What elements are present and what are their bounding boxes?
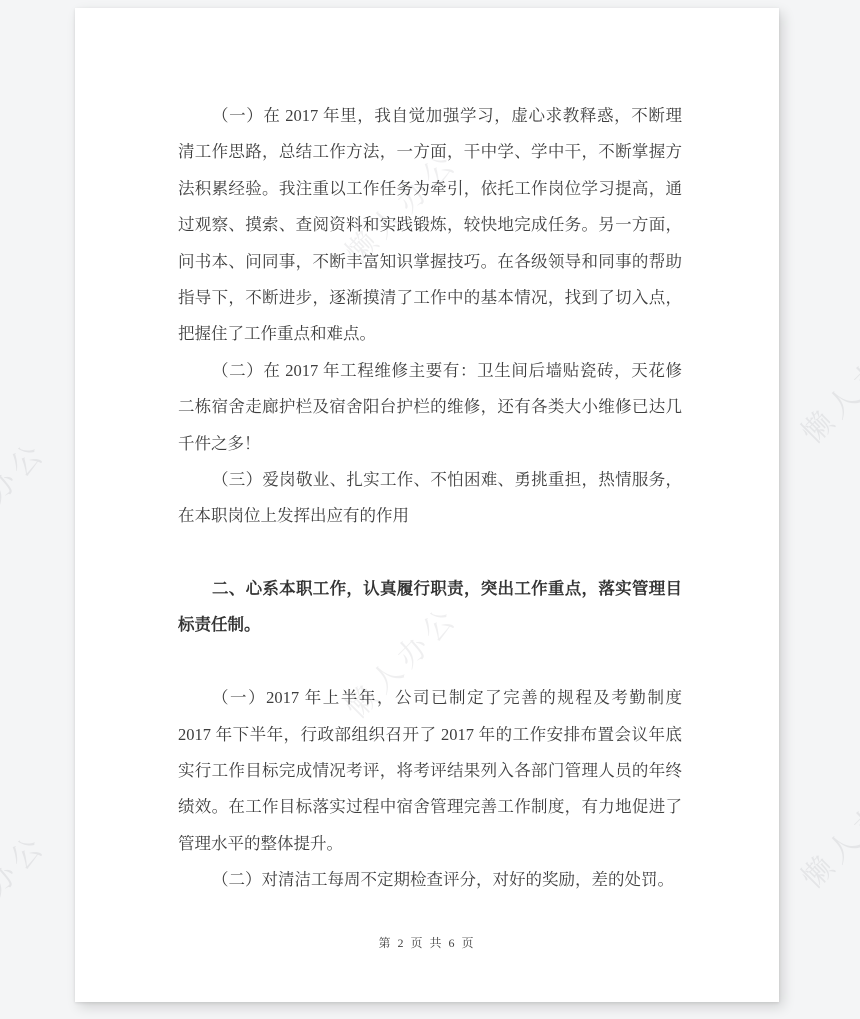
text-line: 法积累经验。我注重以工作任务为牵引，依托工作岗位学习提高，通 xyxy=(178,171,682,207)
page: （一）在 2017 年里，我自觉加强学习，虚心求教释惑，不断理清工作思路，总结工… xyxy=(75,8,779,1002)
text-line: 指导下，不断进步，逐渐摸清了工作中的基本情况，找到了切入点， xyxy=(178,280,682,316)
watermark: 懒人办公 xyxy=(0,429,54,562)
watermark: 懒人办公 xyxy=(790,764,860,897)
text-line: 千件之多！ xyxy=(178,426,682,462)
text-line: 在本职岗位上发挥出应有的作用 xyxy=(178,498,682,534)
text-line: 实行工作目标完成情况考评，将考评结果列入各部门管理人员的年终 xyxy=(178,753,682,789)
text-line: 管理水平的整体提升。 xyxy=(178,826,682,862)
text-line: 标责任制。 xyxy=(178,607,682,643)
text-line: 过观察、摸索、查阅资料和实践锻炼，较快地完成任务。另一方面， xyxy=(178,207,682,243)
text-line: 绩效。在工作目标落实过程中宿舍管理完善工作制度，有力地促进了 xyxy=(178,789,682,825)
text-line: （一）2017 年上半年，公司已制定了完善的规程及考勤制度 xyxy=(178,680,682,716)
paragraph: （一）在 2017 年里，我自觉加强学习，虚心求教释惑，不断理清工作思路，总结工… xyxy=(178,98,682,353)
paragraph: （三）爱岗敬业、扎实工作、不怕困难、勇挑重担，热情服务，在本职岗位上发挥出应有的… xyxy=(178,462,682,535)
paragraph: （二）对清洁工每周不定期检查评分，对好的奖励，差的处罚。 xyxy=(178,862,682,898)
text-line: 二、心系本职工作，认真履行职责，突出工作重点，落实管理目 xyxy=(178,571,682,607)
text-line: 2017 年下半年，行政部组织召开了 2017 年的工作安排布置会议年底 xyxy=(178,717,682,753)
watermark: 懒人办公 xyxy=(0,822,54,955)
text-line: 把握住了工作重点和难点。 xyxy=(178,316,682,352)
page-number-footer: 第 2 页 共 6 页 xyxy=(75,934,779,951)
document-viewer: （一）在 2017 年里，我自觉加强学习，虚心求教释惑，不断理清工作思路，总结工… xyxy=(0,0,860,1019)
text-line: 问书本、问同事，不断丰富知识掌握技巧。在各级领导和同事的帮助 xyxy=(178,244,682,280)
text-line: 二栋宿舍走廊护栏及宿舍阳台护栏的维修，还有各类大小维修已达几 xyxy=(178,389,682,425)
watermark: 懒人办公 xyxy=(790,319,860,452)
text-line: 清工作思路，总结工作方法，一方面，干中学、学中干，不断掌握方 xyxy=(178,134,682,170)
document-body: （一）在 2017 年里，我自觉加强学习，虚心求教释惑，不断理清工作思路，总结工… xyxy=(178,98,682,899)
text-line: （三）爱岗敬业、扎实工作、不怕困难、勇挑重担，热情服务， xyxy=(178,462,682,498)
text-line: （二）对清洁工每周不定期检查评分，对好的奖励，差的处罚。 xyxy=(178,862,682,898)
paragraph: （一）2017 年上半年，公司已制定了完善的规程及考勤制度2017 年下半年，行… xyxy=(178,680,682,862)
section-heading: 二、心系本职工作，认真履行职责，突出工作重点，落实管理目标责任制。 xyxy=(178,571,682,644)
text-line: （二）在 2017 年工程维修主要有：卫生间后墙贴瓷砖，天花修补， xyxy=(178,353,682,389)
text-line: （一）在 2017 年里，我自觉加强学习，虚心求教释惑，不断理 xyxy=(178,98,682,134)
paragraph: （二）在 2017 年工程维修主要有：卫生间后墙贴瓷砖，天花修补，二栋宿舍走廊护… xyxy=(178,353,682,462)
